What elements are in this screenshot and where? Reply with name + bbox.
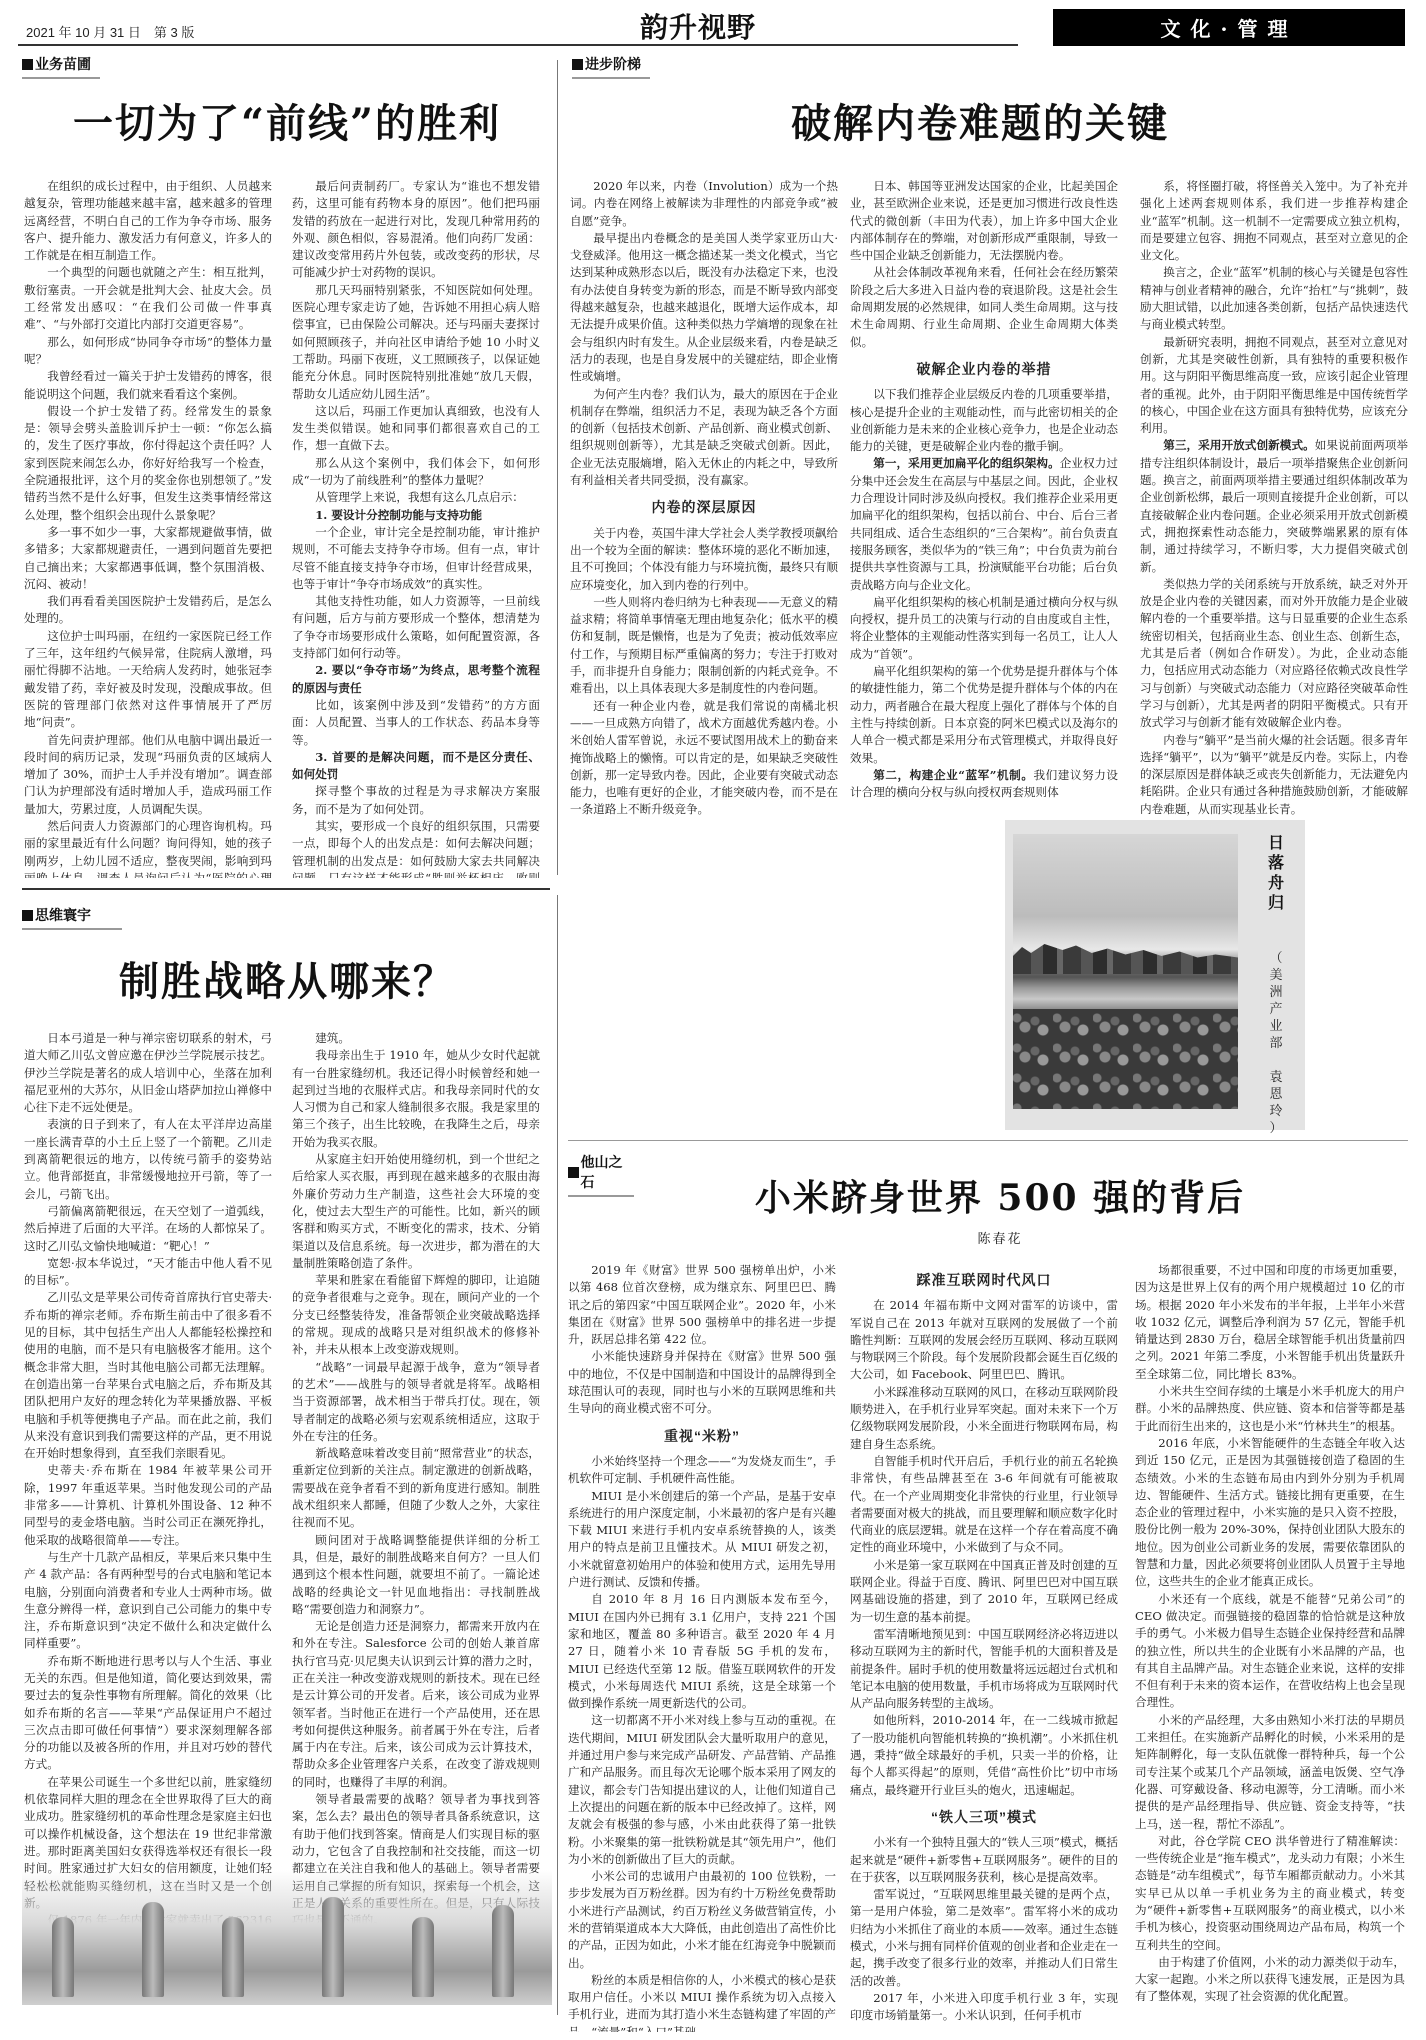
article-xiaomi-col1: 2019 年《财富》世界 500 强榜单出炉，小米以第 468 位首次登榜，成为… — [568, 1262, 836, 2032]
square-bullet-icon — [22, 59, 33, 70]
article-involution-col1: 2020 年以来，内卷（Involution）成为一个热词。内卷在网络上被解读为… — [570, 178, 838, 818]
paragraph: 自 2010 年 8 月 16 日内测版本发布至今，MIUI 在国内外已拥有 3… — [568, 1591, 836, 1712]
paragraph: 最后问责制药厂。专家认为“谁也不想发错药，这里可能有药物本身的原因”。他们把玛丽… — [292, 178, 540, 282]
paragraph: 雷军说过，“互联网思维里最关键的是两个点，第一是用户体验，第二是效率”。雷军将小… — [850, 1886, 1118, 1990]
paragraph: 2017 年，小米进入印度手机行业 3 年，实现印度市场销量第一。小米认识到，任… — [850, 1990, 1118, 2025]
column-divider — [557, 60, 558, 875]
byline-xiaomi: 陈春花 — [800, 1228, 1200, 1247]
skyline-graphic — [1013, 944, 1238, 974]
paragraph: MIUI 是小米创建后的第一个产品，是基于安卓系统进行的用户深度定制，小米最初的… — [568, 1488, 836, 1592]
article-frontline-col2: 最后问责制药厂。专家认为“谁也不想发错药，这里可能有药物本身的原因”。他们把玛丽… — [292, 178, 540, 878]
sunset-harbor-photo — [1013, 834, 1238, 1109]
paragraph: 场都很重要，不过中国和印度的市场更加重要，因为这是世界上仅有的两个用户规模超过 … — [1135, 1262, 1405, 1383]
subheading: 重视“米粉” — [568, 1428, 836, 1445]
masthead: 2021 年 10 月 31 日 第 3 版 韵升视野 文化·管理 — [0, 0, 1426, 46]
paragraph: 我们再看看美国医院护士发错药后，是怎么处理的。 — [24, 593, 272, 628]
paragraph: 关于内卷，英国牛津大学社会人类学教授项飙给出一个较为全面的解读：整体环境的恶化不… — [570, 525, 838, 594]
paragraph: 小米是第一家互联网在中国真正普及时创建的互联网企业。得益于百度、腾讯、阿里巴巴对… — [850, 1557, 1118, 1626]
paragraph: 如他所料，2010-2014 年，在一二线城市掀起了一股功能机向智能机转换的“换… — [850, 1712, 1118, 1798]
paragraph: 系，将怪圈打破，将怪兽关入笼中。为了补充并强化上述两套规则体系，我们进一步推荐构… — [1140, 178, 1408, 264]
paragraph: 第一，采用更加扁平化的组织架构。企业权力过分集中还会发生在高层与中基层之间。因此… — [850, 455, 1118, 593]
paragraph: 雷军清晰地预见到：中国互联网经济必将迈进以移动互联网为主的新时代，智能手机的大面… — [850, 1626, 1118, 1712]
paragraph: 第二，构建企业“蓝军”机制。我们建议努力设计合理的横向分权与纵向授权两套规则体 — [850, 767, 1118, 802]
section-banner: 文化·管理 — [1053, 9, 1405, 46]
article-xiaomi-col2: 踩准互联网时代风口在 2014 年福布斯中文网对雷军的访谈中，雷军说自己在 20… — [850, 1262, 1118, 2032]
paragraph: 在组织的成长过程中，由于组织、人员越来越复杂，管理功能越来越丰富，越来越多的管理… — [24, 178, 272, 264]
paragraph: 类似热力学的关闭系统与开放系统，缺乏对外开放是企业内卷的关键因素，而对外开放能力… — [1140, 576, 1408, 732]
paragraph: 首先问责护理部。他们从电脑中调出最近一段时间的病历记录，发现“玛丽负责的区域病人… — [24, 732, 272, 818]
paragraph: 从社会体制改革视角来看，任何社会在经历繁荣阶段之后大多进入日益内卷的衰退阶段。这… — [850, 264, 1118, 350]
paragraph: 小米共生空间存续的土壤是小米手机庞大的用户群。小米的品牌热度、供应链、资本和信誉… — [1135, 1383, 1405, 1435]
paragraph: 建筑。 — [292, 1030, 540, 1047]
paragraph: 最早提出内卷概念的是美国人类学家亚历山大·戈登威泽。他用这一概念描述某一类文化模… — [570, 230, 838, 386]
issue-date: 2021 年 10 月 31 日 第 3 版 — [26, 22, 194, 41]
paragraph: 小米踩准移动互联网的风口，在移动互联网阶段顺势进入，在手机行业异军突起。面对未来… — [850, 1384, 1118, 1453]
section-label-strategy: 思维寰宇 — [22, 905, 122, 930]
paragraph: 与生产十几款产品相反，苹果后来只集中生产 4 款产品：各有两种型号的台式电脑和笔… — [24, 1549, 272, 1653]
paragraph: “战略”一词最早起源于战争，意为“领导者的艺术”——战胜与的领导者就是将军。战略… — [292, 1359, 540, 1445]
paragraph: 一些人则将内卷归纳为七种表现——无意义的精益求精；将简单事情毫无理由地复杂化；低… — [570, 594, 838, 698]
paragraph: 其他支持性功能，如人力资源等，一旦前线有问题，后方与前方要形成一个整体，想清楚为… — [292, 593, 540, 662]
paragraph: 2016 年底，小米智能硬件的生态链全年收入达到近 150 亿元，正是因为其强链… — [1135, 1435, 1405, 1591]
square-bullet-icon — [22, 910, 33, 921]
paragraph: 内卷与“躺平”是当前火爆的社会话题。很多青年选择“躺平”，以为“躺平”就是反内卷… — [1140, 732, 1408, 818]
article-involution-col2: 日本、韩国等亚洲发达国家的企业，比起美国企业，甚至欧洲企业来说，还是更加习惯进行… — [850, 178, 1118, 818]
paragraph: 扁平化组织架构的核心机制是通过横向分权与纵向授权，提升员工的决策与行动的自由度或… — [850, 594, 1118, 663]
paragraph: 那么从这个案例中，我们体会下，如何形成“一切为了前线胜利”的整体力量呢？ — [292, 455, 540, 490]
paragraph: 为何产生内卷？我们认为，最大的原因在于企业机制存在弊端，组织活力不足，表现为缺乏… — [570, 386, 838, 490]
paragraph: 第三，采用开放式创新模式。如果说前面两项举措专注组织体制设计，最后一项举措聚焦企… — [1140, 437, 1408, 575]
rocky-shore-graphic — [1013, 1009, 1238, 1109]
subheading: 内卷的深层原因 — [570, 499, 838, 516]
paragraph: 那几天玛丽特别紧张，不知医院如何处理。医院心理专家走访了她，告诉她不用担心病人赔… — [292, 282, 540, 403]
paragraph: 乙川弘文是苹果公司传奇首席执行官史蒂夫·乔布斯的禅宗老师。乔布斯生前击中了很多看… — [24, 1289, 272, 1462]
paragraph: 新战略意味着改变目前“照常营业”的状态，重新定位到新的关注点。制定激进的创新战略… — [292, 1445, 540, 1531]
paragraph: 其实，要形成一个良好的组织氛围，只需要一点，即每个人的出发点是：如何去解决问题；… — [292, 818, 540, 878]
photo-credit: （美洲产业部 袁恩玲） — [1265, 950, 1287, 1137]
section-divider — [22, 888, 550, 890]
section-divider — [568, 1140, 1408, 1141]
subheading: “铁人三项”模式 — [850, 1809, 1118, 1826]
paragraph: 这一切都离不开小米对线上参与互动的重视。在迭代期间，MIUI 研发团队会大量听取… — [568, 1712, 836, 1868]
paragraph: 弓箭偏离箭靶很远，在天空划了一道弧线，然后掉进了后面的大平洋。在场的人都惊呆了。… — [24, 1203, 272, 1255]
section-label-xiaomi: 他山之石 — [568, 1152, 634, 1197]
paragraph: 日本弓道是一种与禅宗密切联系的射术，弓道大师乙川弘文曾应邀在伊沙兰学院展示技艺。… — [24, 1030, 272, 1116]
paragraph: 我母亲出生于 1910 年，她从少女时代起就有一台胜家缝纫机。我还记得小时候曾经… — [292, 1047, 540, 1151]
paragraph: 由于构建了价值网，小米的动力源类似于动车，大家一起跑。小米之所以获得飞速发展，正… — [1135, 1954, 1405, 2006]
paragraph: 比如，该案例中涉及到“发错药”的方方面面：人员配置、当事人的工作状态、药品本身等… — [292, 697, 540, 749]
paragraph: 小米的产品经理，大多由熟知小米打法的早期员工来担任。在实施新产品孵化的时候，小米… — [1135, 1712, 1405, 1833]
subheading: 踩准互联网时代风口 — [850, 1272, 1118, 1289]
paragraph: 从管理学上来说，我想有这么几点启示： — [292, 489, 540, 506]
paragraph: 小米始终坚持一个理念——“为发烧友而生”，手机软件可定制、手机硬件高性能。 — [568, 1453, 836, 1488]
article-involution-col3: 系，将怪圈打破，将怪兽关入笼中。为了补充并强化上述两套规则体系，我们进一步推荐构… — [1140, 178, 1408, 818]
paragraph: 无论是创造力还是洞察力，都需来开放内在和外在专注。Salesforce 公司的创… — [292, 1618, 540, 1791]
paragraph: 苹果和胜家在看能留下辉煌的脚印，让追随的竞争者很难与之竞争。现在，顾问产业的一个… — [292, 1272, 540, 1358]
paragraph: 这位护士叫玛丽，在纽约一家医院已经工作了三年，这年纽约气候异常，住院病人激增，玛… — [24, 628, 272, 732]
subheading: 破解企业内卷的举措 — [850, 361, 1118, 378]
headline-xiaomi: 小米跻身世界 500 强的背后 — [660, 1170, 1340, 1221]
photo-title: 日落舟归 — [1263, 834, 1289, 914]
newspaper-title: 韵升视野 — [640, 6, 756, 46]
section-label-involution: 进步阶梯 — [572, 54, 650, 79]
headline-involution: 破解内卷难题的关键 — [700, 92, 1260, 149]
article-frontline-col1: 在组织的成长过程中，由于组织、人员越来越复杂，管理功能越来越丰富，越来越多的管理… — [24, 178, 272, 878]
paragraph: 这以后，玛丽工作更加认真细致，也没有人发生类似错误。她和同事们都很喜欢自己的工作… — [292, 403, 540, 455]
paragraph: 2. 要以“争夺市场”为终点，思考整个流程的原因与责任 — [292, 662, 540, 697]
paragraph: 小米能快速跻身并保持在《财富》世界 500 强中的地位，不仅是中国制造和中国设计… — [568, 1348, 836, 1417]
paragraph: 一个企业，审计完全是控制功能，审计推护规则，不可能去支持争夺市场。但有一点，审计… — [292, 524, 540, 593]
column-divider — [557, 895, 558, 2015]
paragraph: 从家庭主妇开始使用缝纫机，到一个世纪之后给家人买衣服，再到现在越来越多的衣服由海… — [292, 1151, 540, 1272]
paragraph: 扁平化组织架构的第一个优势是提升群体与个体的敏捷性能力，第二个优势是提升群体与个… — [850, 663, 1118, 767]
paragraph: 在 2014 年福布斯中文网对雷军的访谈中，雷军说自己在 2013 年就对互联网… — [850, 1297, 1118, 1383]
square-bullet-icon — [572, 59, 583, 70]
paragraph: 还有一种企业内卷，就是我们常说的南橘北枳——一旦成熟方向错了，战术方面越优秀越内… — [570, 698, 838, 818]
paragraph: 2019 年《财富》世界 500 强榜单出炉，小米以第 468 位首次登榜，成为… — [568, 1262, 836, 1348]
headline-frontline: 一切为了“前线”的胜利 — [22, 92, 552, 149]
paragraph: 宽恕·叔本华说过，“天才能击中他人看不见的目标”。 — [24, 1255, 272, 1290]
paragraph: 自智能手机时代开启后，手机行业的前五名轮换非常快，有些品牌甚至在 3-6 年间就… — [850, 1453, 1118, 1557]
paragraph: 2020 年以来，内卷（Involution）成为一个热词。内卷在网络上被解读为… — [570, 178, 838, 230]
paragraph: 多一事不如少一事，大家都规避做事情，做多错多；大家都规避责任，一遇到问题首先要把… — [24, 524, 272, 593]
paragraph: 顾问团对于战略调整能提供详细的分析工具，但是，最好的制胜战略来自何方？一旦人们遇… — [292, 1532, 540, 1618]
paragraph: 探寻整个事故的过程是为寻求解决方案服务，而不是为了如何处罚。 — [292, 783, 540, 818]
paragraph: 乔布斯不断地进行思考以与人个生活、事业无关的东西。但是他知道，简化要达到效果，需… — [24, 1653, 272, 1774]
paragraph: 对此，谷仓学院 CEO 洪华曾进行了精准解读：一些传统企业是“拖车模式”，龙头动… — [1135, 1833, 1405, 1954]
article-strategy-col2: 建筑。我母亲出生于 1910 年，她从少女时代起就有一台胜家缝纫机。我还记得小时… — [292, 1030, 540, 1985]
paragraph: 以下我们推荐企业层级反内卷的几项重要举措，核心是提升企业的主观能动性，而与此密切… — [850, 386, 1118, 455]
paragraph: 表演的日子到来了，有人在太平洋岸边高崖一座长满青草的小土丘上竖了一个箭靶。乙川走… — [24, 1116, 272, 1202]
square-bullet-icon — [568, 1167, 579, 1178]
paragraph: 最新研究表明，拥抱不同观点，甚至对立意见对创新，尤其是突破性创新，具有独特的重要… — [1140, 334, 1408, 438]
section-label-frontline: 业务苗圃 — [22, 54, 100, 79]
masthead-rule — [18, 44, 1018, 46]
paragraph: 我曾经看过一篇关于护士发错药的博客，很能说明这个问题，我们就来看看这个案例。 — [24, 368, 272, 403]
paragraph: 小米有一个独特且强大的“铁人三项”模式，概括起来就是“硬件+新零售+互联网服务”… — [850, 1834, 1118, 1886]
photo-feature: 日落舟归 （美洲产业部 袁恩玲） — [1005, 820, 1305, 1130]
paragraph: 史蒂夫·乔布斯在 1984 年被苹果公司开除，1997 年重返苹果。当时他发现公… — [24, 1462, 272, 1548]
arrows-people-illustration — [22, 1870, 552, 2005]
headline-strategy: 制胜战略从哪来？ — [22, 950, 552, 1007]
article-xiaomi-col3: 场都很重要，不过中国和印度的市场更加重要，因为这是世界上仅有的两个用户规模超过 … — [1135, 1262, 1405, 2032]
paragraph: 3. 首要的是解决问题，而不是区分责任、如何处罚 — [292, 749, 540, 784]
paragraph: 日本、韩国等亚洲发达国家的企业，比起美国企业，甚至欧洲企业来说，还是更加习惯进行… — [850, 178, 1118, 264]
paragraph: 假设一个护士发错了药。经常发生的景象是：领导会劈头盖脸训斥护士一顿：“你怎么搞的… — [24, 403, 272, 524]
paragraph: 小米还有一个底线，就是不能替“兄弟公司”的 CEO 做决定。而强链接的稳固靠的恰… — [1135, 1591, 1405, 1712]
paragraph: 换言之，企业“蓝军”机制的核心与关键是包容性精神与创业者精神的融合，允许“抬杠”… — [1140, 264, 1408, 333]
paragraph: 一个典型的问题也就随之产生：相互批判，敷衍塞责。一开会就是批判大会、扯皮大会。员… — [24, 264, 272, 333]
paragraph: 小米公司的忠诚用户由最初的 100 位铁粉，一步步发展为百万粉丝群。因为有约十万… — [568, 1868, 836, 1972]
paragraph: 然后问责人力资源部门的心理咨询机构。玛丽的家里最近有什么问题？询问得知，她的孩子… — [24, 818, 272, 878]
paragraph: 1. 要设计分控制功能与支持功能 — [292, 507, 540, 524]
paragraph: 粉丝的本质是相信你的人，小米模式的核心是获取用户信任。小米以 MIUI 操作系统… — [568, 1972, 836, 2032]
article-strategy-col1: 日本弓道是一种与禅宗密切联系的射术，弓道大师乙川弘文曾应邀在伊沙兰学院展示技艺。… — [24, 1030, 272, 1985]
paragraph: 那么，如何形成“协同争夺市场”的整体力量呢？ — [24, 334, 272, 369]
